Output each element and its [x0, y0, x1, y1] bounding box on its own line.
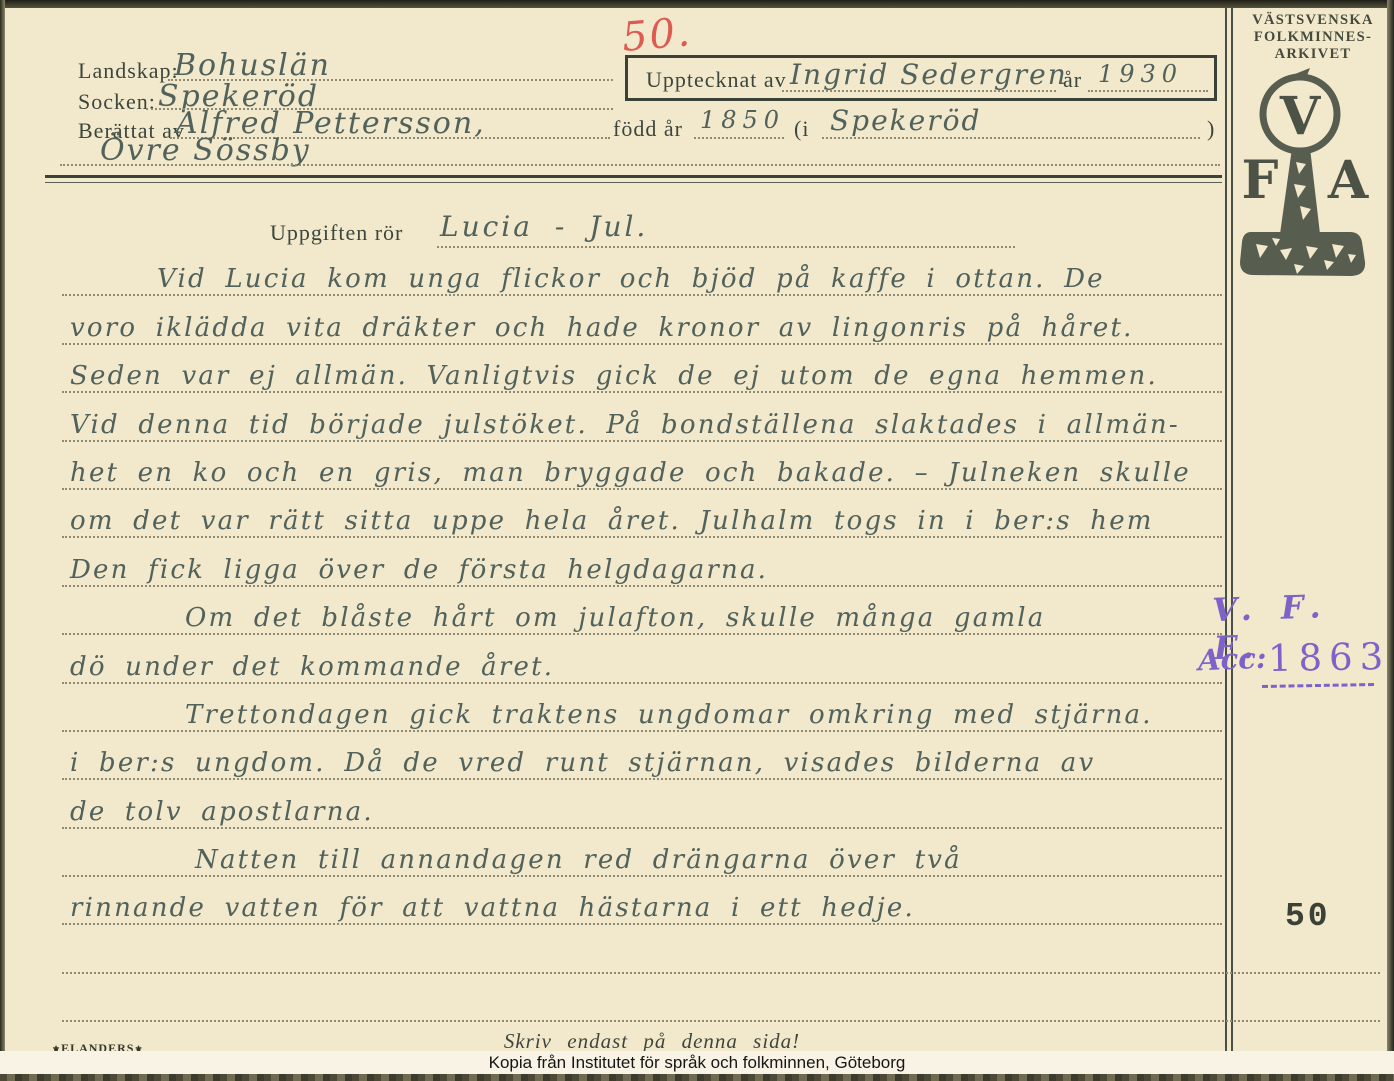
text-line: Vid Lucia kom unga flickor och bjöd på k…	[62, 248, 1222, 296]
text-line: Vid denna tid började julstöket. På bond…	[62, 393, 1222, 441]
text-line-content: Den fick ligga över de första helgdagarn…	[70, 555, 768, 585]
scan-edge-right	[1387, 0, 1394, 1081]
text-line-empty	[62, 925, 1380, 973]
text-line: het en ko och en gris, man bryggade och …	[62, 442, 1222, 490]
text-line: om det var rätt sitta uppe hela året. Ju…	[62, 490, 1222, 538]
text-line-content: Natten till annandagen red drängarna öve…	[195, 845, 962, 875]
scan-edge-bottom	[0, 1074, 1394, 1081]
berattat-line2-dotted-line	[60, 164, 1220, 166]
archival-record-scan: Landskap: Bohuslän Socken: Spekeröd Berä…	[0, 0, 1394, 1081]
text-line-content: Om det blåste hårt om julafton, skulle m…	[185, 603, 1046, 633]
born-label: född år	[613, 116, 683, 142]
logo-letter-f: F	[1242, 150, 1279, 211]
text-line: rinnande vatten för att vattna hästarna …	[62, 877, 1222, 925]
year-label: år	[1063, 67, 1082, 93]
text-line-empty	[62, 974, 1380, 1022]
year-dotted-line	[1088, 90, 1208, 92]
text-line-content: Trettondagen gick traktens ungdomar omkr…	[185, 700, 1153, 730]
archive-name: VÄSTSVENSKA FOLKMINNES- ARKIVET	[1238, 12, 1388, 63]
text-line-content: Vid Lucia kom unga flickor och bjöd på k…	[157, 264, 1105, 294]
margin-rule-outer	[1225, 8, 1227, 1054]
text-line-content: het en ko och en gris, man bryggade och …	[70, 458, 1191, 488]
text-line: i ber:s ungdom. Då de vred runt stjärnan…	[62, 732, 1222, 780]
body-text: Vid Lucia kom unga flickor och bjöd på k…	[62, 248, 1222, 1022]
text-line: Om det blåste hårt om julafton, skulle m…	[62, 587, 1222, 635]
topic-value: Lucia - Jul.	[440, 210, 648, 243]
margin-rule-inner	[1231, 8, 1233, 1054]
text-line: voro iklädda vita dräkter och hade krono…	[62, 296, 1222, 344]
logo-letter-v: V	[1279, 86, 1322, 147]
archive-name-line2: FOLKMINNES-	[1238, 29, 1388, 46]
logo-letter-a: A	[1327, 150, 1369, 211]
born-place: Spekeröd	[830, 104, 981, 137]
born-place-close: )	[1207, 116, 1215, 142]
archive-name-line3: ARKIVET	[1238, 46, 1388, 63]
upptecknat-value: Ingrid Sedergren	[790, 58, 1068, 91]
text-line: de tolv apostlarna.	[62, 780, 1222, 828]
text-line-content: voro iklädda vita dräkter och hade krono…	[70, 313, 1134, 343]
thors-hammer-icon: V F A	[1236, 62, 1384, 292]
text-line: Seden var ej allmän. Vanligtvis gick de …	[62, 345, 1222, 393]
socken-label: Socken:	[78, 89, 156, 115]
accession-number-stamp: 1863	[1268, 635, 1391, 680]
berattat-value-line2: Övre Sössby	[100, 133, 311, 168]
text-line-content: de tolv apostlarna.	[70, 797, 374, 827]
born-year: 1850	[700, 106, 785, 134]
born-year-dotted-line	[694, 137, 784, 139]
upptecknat-label: Upptecknat av	[646, 67, 787, 93]
text-line-content: rinnande vatten för att vattna hästarna …	[70, 893, 915, 923]
thors-hammer-logo: V F A	[1236, 62, 1384, 292]
text-line-content: i ber:s ungdom. Då de vred runt stjärnan…	[70, 748, 1095, 778]
accession-underline	[1262, 683, 1374, 688]
scan-edge-left	[0, 0, 5, 1081]
topic-label: Uppgiften rör	[270, 220, 403, 246]
text-line-content: Seden var ej allmän. Vanligtvis gick de …	[70, 361, 1158, 391]
accession-label-stamp: Acc:	[1197, 641, 1267, 677]
born-place-open: (i	[794, 116, 809, 142]
landskap-value: Bohuslän	[174, 48, 331, 83]
header-rule-thin	[45, 182, 1222, 183]
text-line-content: Vid denna tid började julstöket. På bond…	[70, 410, 1180, 440]
text-line-content: om det var rätt sitta uppe hela året. Ju…	[70, 506, 1154, 536]
copy-note: Kopia från Institutet för språk och folk…	[0, 1053, 1394, 1073]
upptecknat-dotted-line	[782, 90, 1056, 92]
text-line: Natten till annandagen red drängarna öve…	[62, 829, 1222, 877]
born-place-dotted-line	[822, 137, 1200, 139]
red-pen-number: 50.	[620, 9, 693, 61]
text-line: dö under det kommande året.	[62, 635, 1222, 683]
archive-name-line1: VÄSTSVENSKA	[1238, 12, 1388, 29]
scan-edge-top	[0, 0, 1394, 8]
text-line: Den fick ligga över de första helgdagarn…	[62, 538, 1222, 586]
page-number-stamp: 50	[1285, 898, 1331, 935]
text-line: Trettondagen gick traktens ungdomar omkr…	[62, 684, 1222, 732]
text-line-content: dö under det kommande året.	[70, 652, 554, 682]
year-value: 1930	[1098, 60, 1183, 88]
header-rule-thick	[45, 175, 1222, 178]
